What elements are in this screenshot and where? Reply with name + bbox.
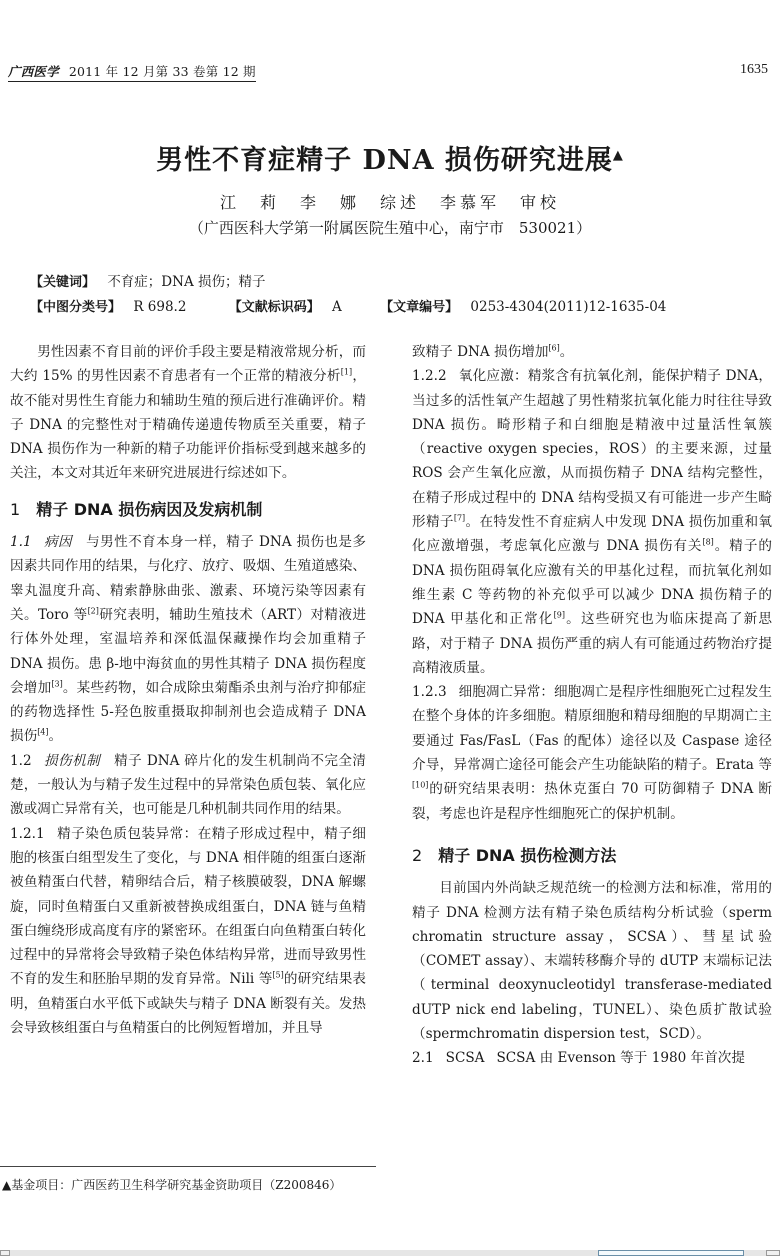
citation: [6]	[548, 343, 559, 352]
citation: [5]	[272, 971, 283, 980]
doc-code-label: 【文献标识码】	[229, 300, 320, 315]
keywords-row: 【关键词】 不育症；DNA 损伤；精子	[30, 270, 760, 295]
subsection-1-2-3: 1.2.3细胞凋亡异常：细胞凋亡是程序性细胞死亡过程发生在整个身体的许多细胞。精…	[412, 680, 772, 826]
left-column: 男性因素不育目前的评价手段主要是精液常规分析，而大约 15% 的男性因素不育患者…	[10, 340, 366, 1040]
article-no-value: 0253-4304(2011)12-1635-04	[470, 299, 666, 315]
citation: [8]	[702, 538, 713, 547]
article-meta: 【关键词】 不育症；DNA 损伤；精子 【中图分类号】 R 698.2 【文献标…	[30, 270, 760, 320]
funding-footnote: ▲基金项目：广西医药卫生科学研究基金资助项目（Z200846）	[2, 1176, 341, 1193]
scroll-left-arrow-icon[interactable]	[0, 1250, 10, 1256]
keywords-label: 【关键词】	[30, 275, 95, 290]
classification-row: 【中图分类号】 R 698.2 【文献标识码】 A 【文章编号】 0253-43…	[30, 295, 760, 320]
footnote-divider	[0, 1166, 376, 1167]
article-title: 男性不育症精子 DNA 损伤研究进展▲	[0, 138, 780, 177]
citation: [4]	[37, 728, 48, 737]
subsection-1-2: 1.2损伤机制精子 DNA 碎片化的发生机制尚不完全清楚，一般认为与精子发生过程…	[10, 749, 366, 822]
intro-paragraph: 男性因素不育目前的评价手段主要是精液常规分析，而大约 15% 的男性因素不育患者…	[10, 340, 366, 486]
doc-code-value: A	[332, 299, 342, 315]
horizontal-scrollbar[interactable]	[0, 1250, 780, 1256]
page-number: 1635	[740, 62, 768, 78]
subsection-1-1: 1.1病因与男性不育本身一样，精子 DNA 损伤也是多因素共同作用的结果，与化疗…	[10, 530, 366, 749]
section-2-intro: 目前国内外尚缺乏规范统一的检测方法和标准，常用的精子 DNA 检测方法有精子染色…	[412, 876, 772, 1046]
clc-label: 【中图分类号】	[30, 300, 121, 315]
keywords: 不育症；DNA 损伤；精子	[107, 274, 265, 290]
scroll-right-arrow-icon[interactable]	[766, 1250, 780, 1256]
continued-text: 致精子 DNA 损伤增加[6]。	[412, 340, 772, 364]
journal-name: 广西医学	[8, 64, 59, 79]
subsection-2-1: 2.1SCSASCSA 由 Evenson 等于 1980 年首次提	[412, 1046, 772, 1070]
citation: [1]	[341, 368, 352, 377]
issue-info: 2011 年 12 月第 33 卷第 12 期	[69, 64, 256, 79]
article-no-label: 【文章编号】	[380, 300, 458, 315]
journal-info: 广西医学2011 年 12 月第 33 卷第 12 期	[8, 62, 256, 82]
clc-value: R 698.2	[133, 299, 186, 315]
subsection-1-2-2: 1.2.2氧化应激：精浆含有抗氧化剂，能保护精子 DNA，当过多的活性氧产生超越…	[412, 364, 772, 680]
citation: [7]	[454, 514, 465, 523]
citation: [10]	[412, 781, 428, 790]
citation: [2]	[88, 606, 99, 615]
citation: [9]	[554, 611, 565, 620]
title-text: 男性不育症精子 DNA 损伤研究进展	[156, 145, 613, 176]
section-heading-1: 1精子 DNA 损伤病因及发病机制	[10, 498, 366, 522]
section-heading-2: 2精子 DNA 损伤检测方法	[412, 844, 772, 868]
scrollbar-thumb[interactable]	[598, 1250, 744, 1256]
affiliation: （广西医科大学第一附属医院生殖中心，南宁市 530021）	[0, 217, 780, 238]
funding-mark-icon: ▲	[613, 148, 624, 163]
subsection-1-2-1: 1.2.1精子染色质包装异常：在精子形成过程中，精子细胞的核蛋白组型发生了变化，…	[10, 822, 366, 1041]
right-column: 致精子 DNA 损伤增加[6]。 1.2.2氧化应激：精浆含有抗氧化剂，能保护精…	[412, 340, 772, 1071]
authors: 江 莉 李 娜 综述 李慕军 审校	[0, 190, 780, 213]
running-header: 广西医学2011 年 12 月第 33 卷第 12 期 1635	[8, 62, 768, 84]
citation: [3]	[51, 679, 62, 688]
